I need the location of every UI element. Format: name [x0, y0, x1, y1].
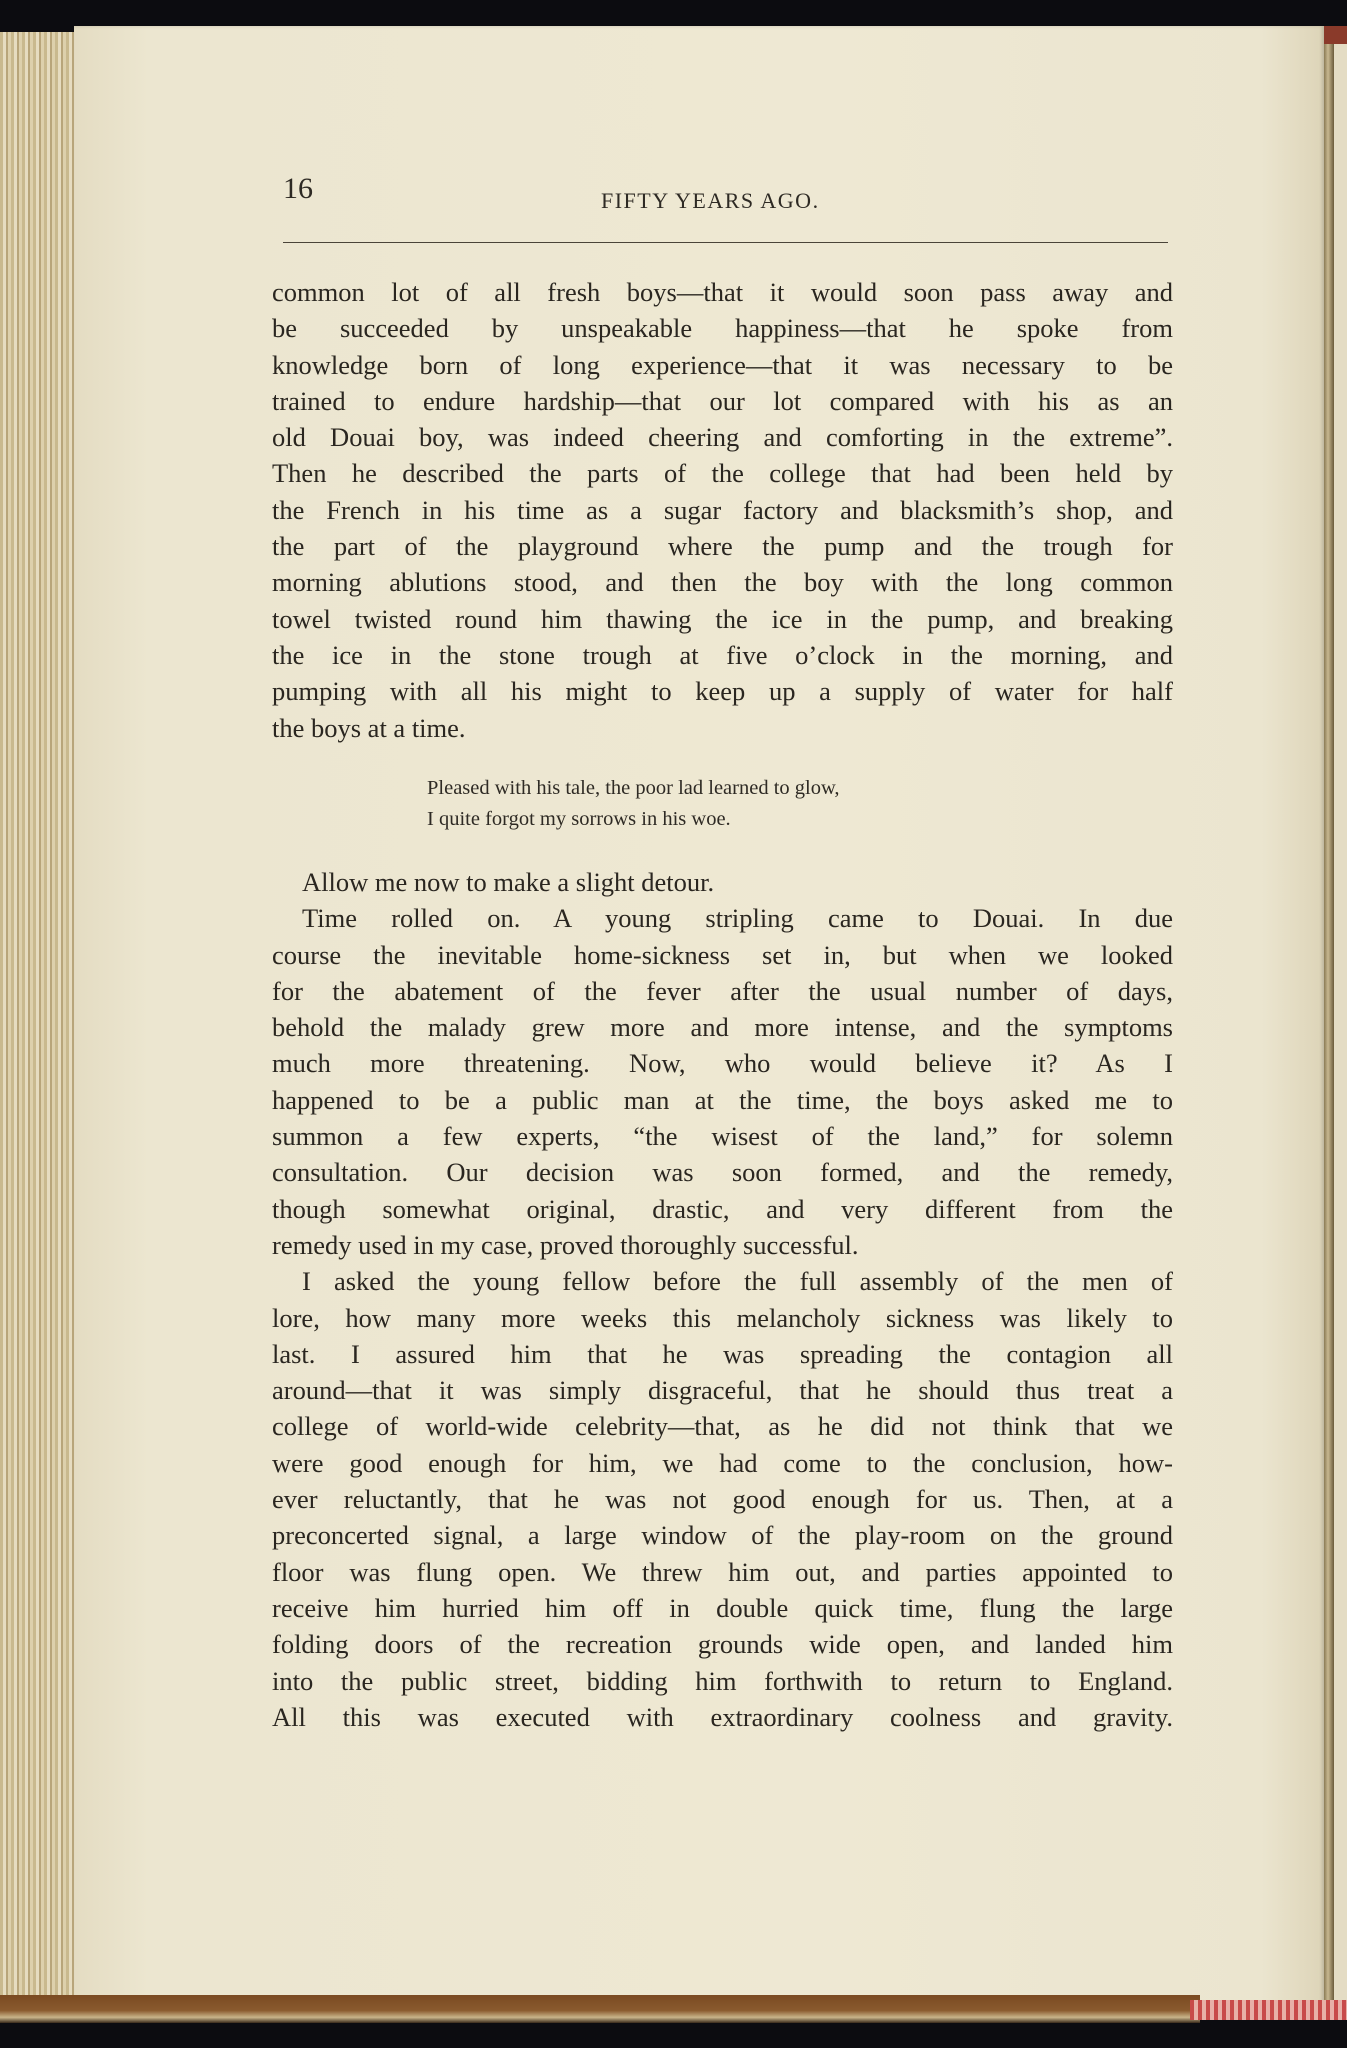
text-line: preconcerted signal, a large window of t…: [272, 1517, 1173, 1553]
text-line: the French in his time as a sugar factor…: [272, 492, 1173, 528]
text-line: morning ablutions stood, and then the bo…: [272, 564, 1173, 600]
page-stack-edge: [0, 32, 78, 2022]
text-line: All this was executed with extraordinary…: [272, 1699, 1173, 1735]
headband: [1190, 2000, 1347, 2020]
verse-line: Pleased with his tale, the poor lad lear…: [427, 773, 840, 804]
text-line: knowledge born of long experience—that i…: [272, 347, 1173, 383]
text-line: Then he described the parts of the colle…: [272, 455, 1173, 491]
text-line: folding doors of the recreation grounds …: [272, 1626, 1173, 1662]
text-line: around—that it was simply disgraceful, t…: [272, 1372, 1173, 1408]
text-line: common lot of all fresh boys—that it wou…: [272, 274, 1173, 310]
text-line: pumping with all his might to keep up a …: [272, 673, 1173, 709]
text-line: much more threatening. Now, who would be…: [272, 1045, 1173, 1081]
text-line: course the inevitable home-sickness set …: [272, 937, 1173, 973]
verse-quotation: Pleased with his tale, the poor lad lear…: [427, 773, 840, 835]
text-line: ever reluctantly, that he was not good e…: [272, 1481, 1173, 1517]
book-cover-bottom: [0, 1995, 1200, 2023]
text-line: be succeeded by unspeakable happiness—th…: [272, 310, 1173, 346]
text-line: the ice in the stone trough at five o’cl…: [272, 637, 1173, 673]
header-rule: [283, 242, 1168, 243]
paragraph-1: common lot of all fresh boys—that it wou…: [272, 274, 1173, 746]
text-line: into the public street, bidding him fort…: [272, 1663, 1173, 1699]
text-line: floor was flung open. We threw him out, …: [272, 1554, 1173, 1590]
text-line: behold the malady grew more and more int…: [272, 1009, 1173, 1045]
text-line: trained to endure hardship—that our lot …: [272, 383, 1173, 419]
text-line: Allow me now to make a slight detour.: [272, 864, 1173, 900]
text-line: receive him hurried him off in double qu…: [272, 1590, 1173, 1626]
page-gutter: [1324, 44, 1334, 2004]
page-number: 16: [283, 172, 313, 206]
text-line: lore, how many more weeks this melanchol…: [272, 1300, 1173, 1336]
text-line: consultation. Our decision was soon form…: [272, 1154, 1173, 1190]
text-line: I asked the young fellow before the full…: [272, 1263, 1173, 1299]
text-line: Time rolled on. A young stripling came t…: [272, 900, 1173, 936]
text-line: for the abatement of the fever after the…: [272, 973, 1173, 1009]
text-line: though somewhat original, drastic, and v…: [272, 1191, 1173, 1227]
text-line: old Douai boy, was indeed cheering and c…: [272, 419, 1173, 455]
text-line: remedy used in my case, proved thoroughl…: [272, 1227, 1173, 1263]
verse-line: I quite forgot my sorrows in his woe.: [427, 804, 840, 835]
facing-page-edge: [1334, 44, 1347, 2004]
paragraphs-2-4: Allow me now to make a slight detour. Ti…: [272, 864, 1173, 1735]
text-line: towel twisted round him thawing the ice …: [272, 601, 1173, 637]
text-line: last. I assured him that he was spreadin…: [272, 1336, 1173, 1372]
text-line: were good enough for him, we had come to…: [272, 1445, 1173, 1481]
text-line: summon a few experts, “the wisest of the…: [272, 1118, 1173, 1154]
text-line: the part of the playground where the pum…: [272, 528, 1173, 564]
text-line: the boys at a time.: [272, 710, 1173, 746]
running-title: FIFTY YEARS AGO.: [601, 188, 820, 214]
running-head: 16 FIFTY YEARS AGO.: [283, 172, 1173, 212]
text-line: college of world-wide celebrity—that, as…: [272, 1408, 1173, 1444]
text-line: happened to be a public man at the time,…: [272, 1082, 1173, 1118]
